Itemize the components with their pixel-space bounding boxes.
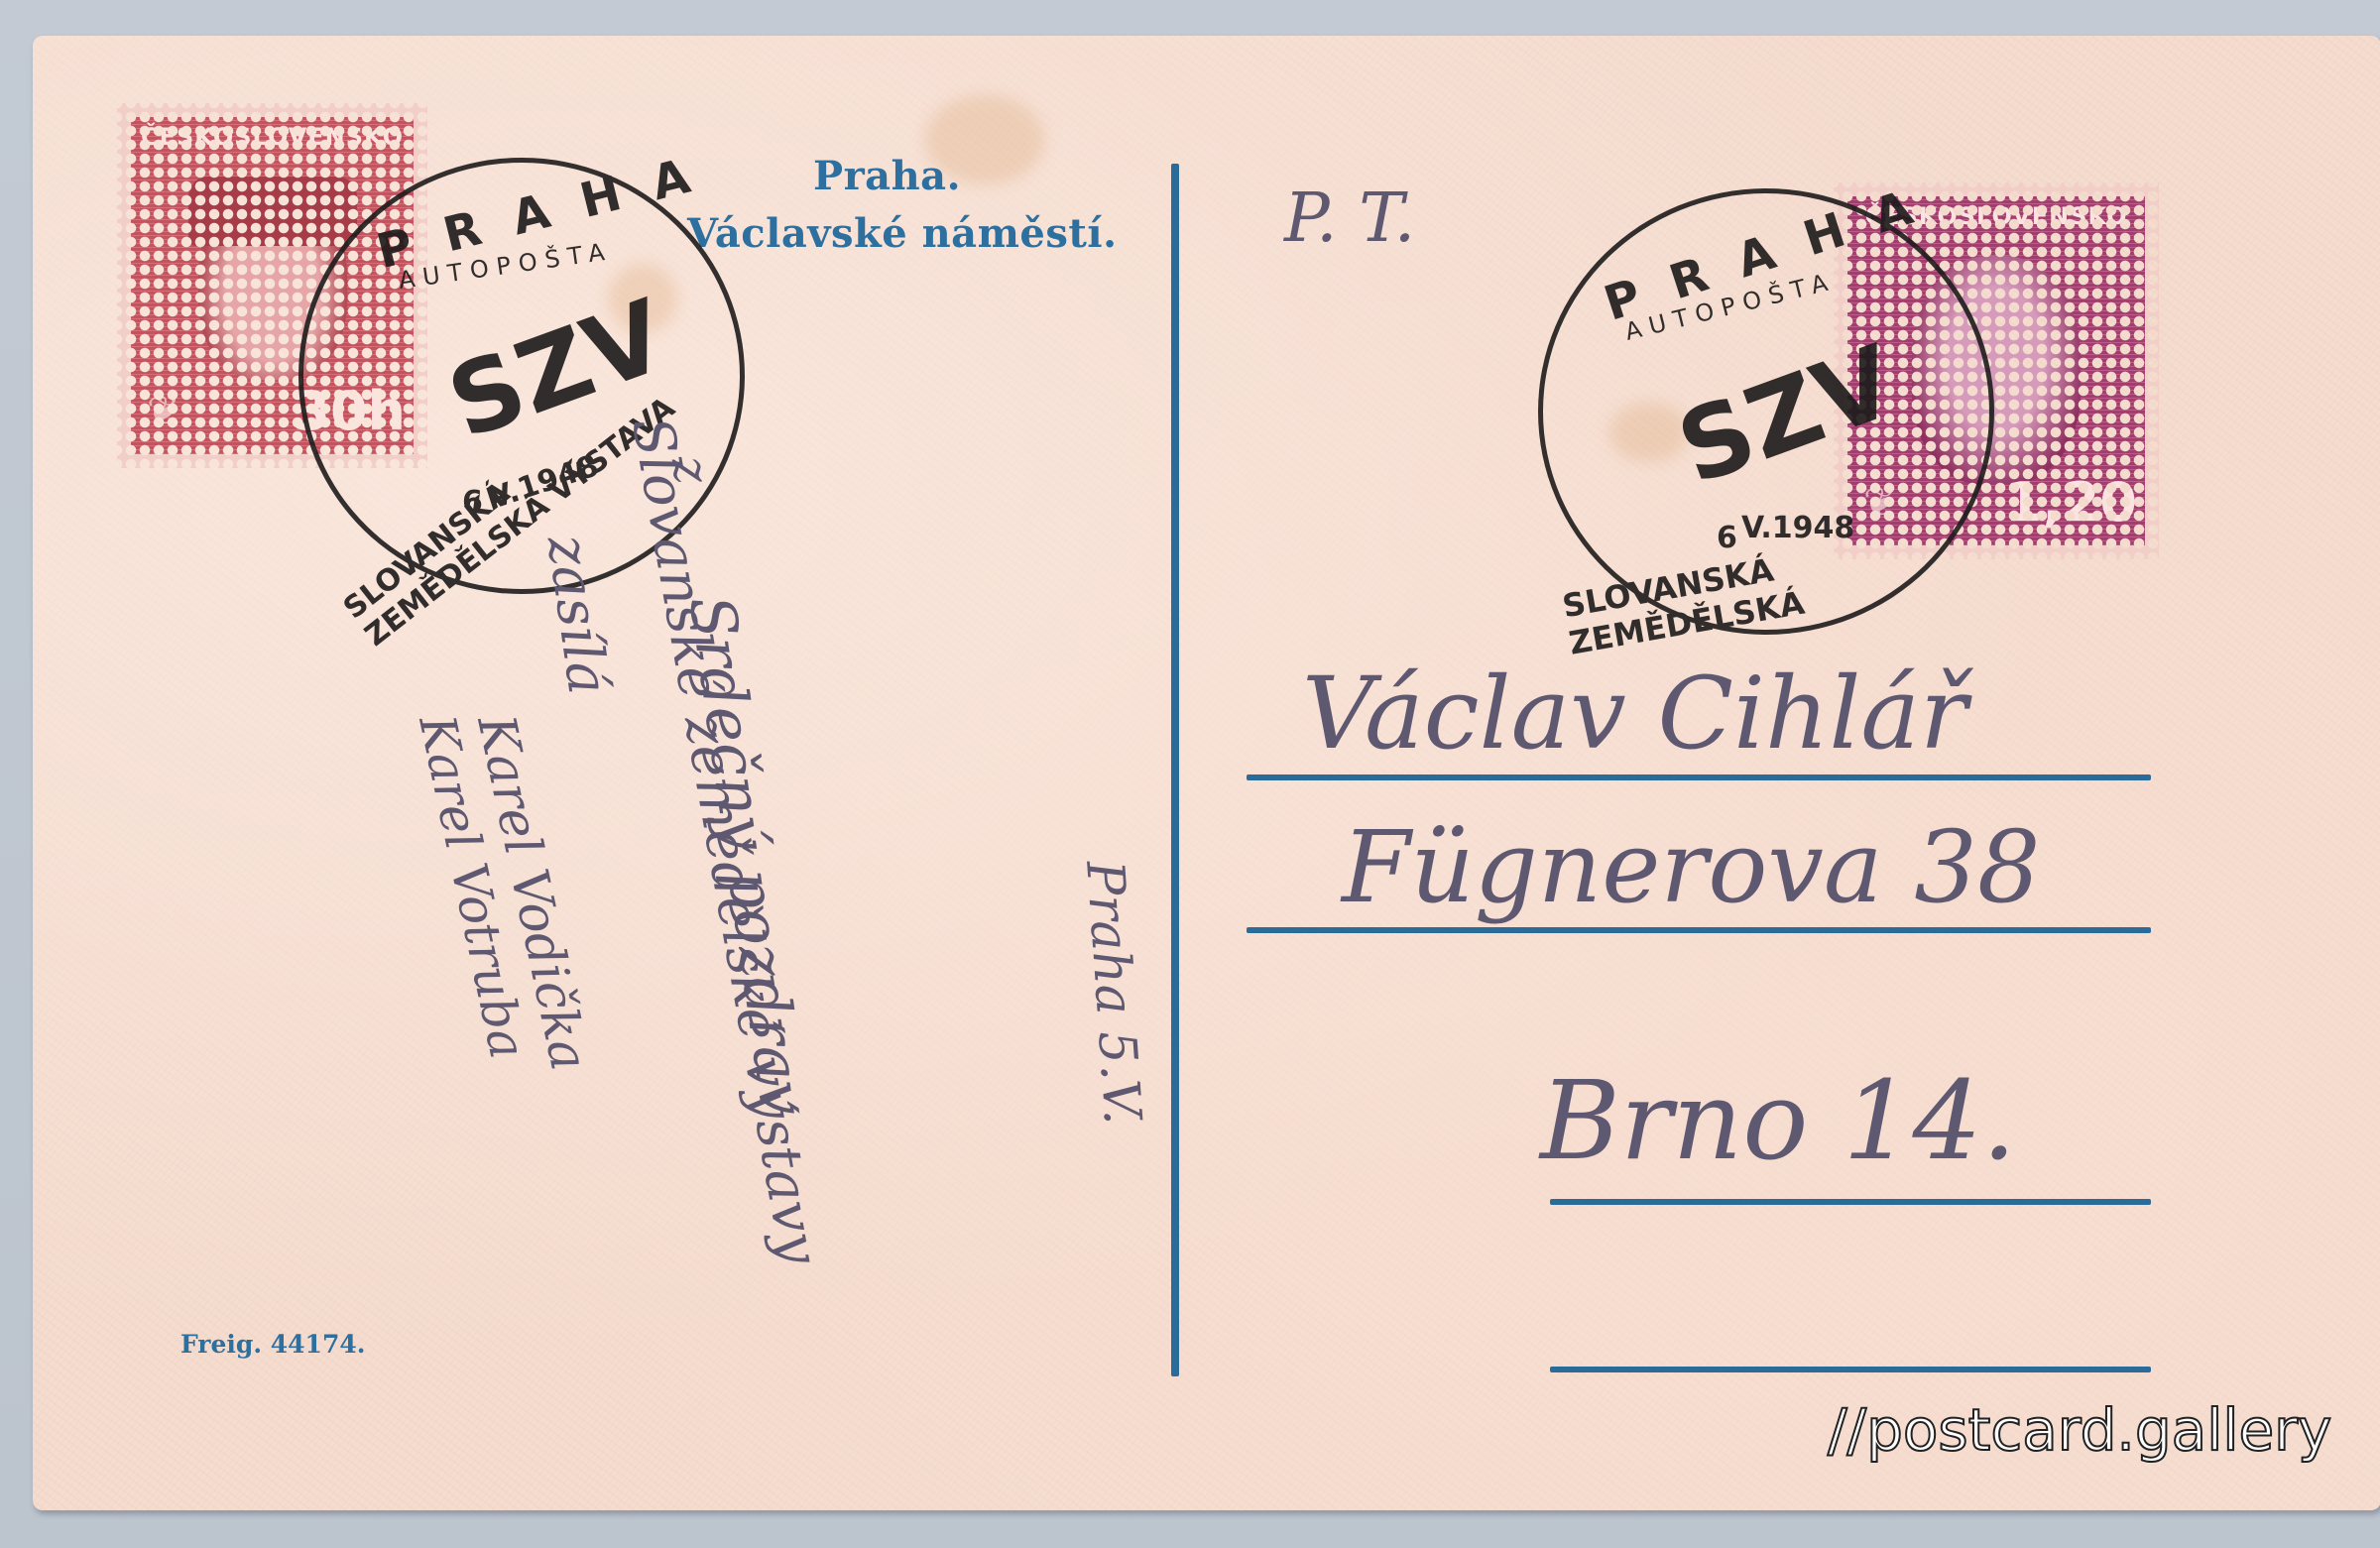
location-line-2: Václavské náměstí. bbox=[687, 210, 1118, 257]
address-line-4 bbox=[1550, 1367, 2151, 1372]
stamp-value: 1,20 bbox=[2005, 476, 2137, 530]
location-line-1: Praha. bbox=[813, 153, 961, 199]
recipient-prefix: P. T. bbox=[1284, 179, 1415, 258]
place-date: Praha 5.V. bbox=[1074, 859, 1151, 1127]
address-line-2 bbox=[1247, 927, 2151, 933]
message-line: Slovanské zemědělské výstavy bbox=[619, 413, 831, 1268]
laurel-icon: ❦ bbox=[147, 389, 180, 434]
postmark-right: PRAHA AUTOPOŠTA SZV 6 V.1948 SLOVANSKÁ Z… bbox=[1538, 188, 1994, 635]
postmark-logo-icon: SZV bbox=[1664, 323, 1911, 508]
stamp-country: ČESKOSLOVENSKO bbox=[141, 123, 404, 151]
postcard: Praha. Václavské náměstí. Freig. 44174. … bbox=[33, 36, 2380, 1510]
postmark-date-day: 6 bbox=[1717, 521, 1737, 555]
publisher-code: Freig. 44174. bbox=[180, 1330, 365, 1359]
recipient-name: Václav Cihlář bbox=[1302, 655, 1967, 772]
address-line-1 bbox=[1247, 774, 2151, 780]
address-line-3 bbox=[1550, 1199, 2151, 1205]
recipient-city: Brno 14. bbox=[1540, 1057, 2016, 1184]
center-divider bbox=[1171, 164, 1179, 1376]
recipient-street: Fügnerova 38 bbox=[1342, 809, 2041, 925]
watermark: //postcard.gallery bbox=[1828, 1396, 2331, 1464]
